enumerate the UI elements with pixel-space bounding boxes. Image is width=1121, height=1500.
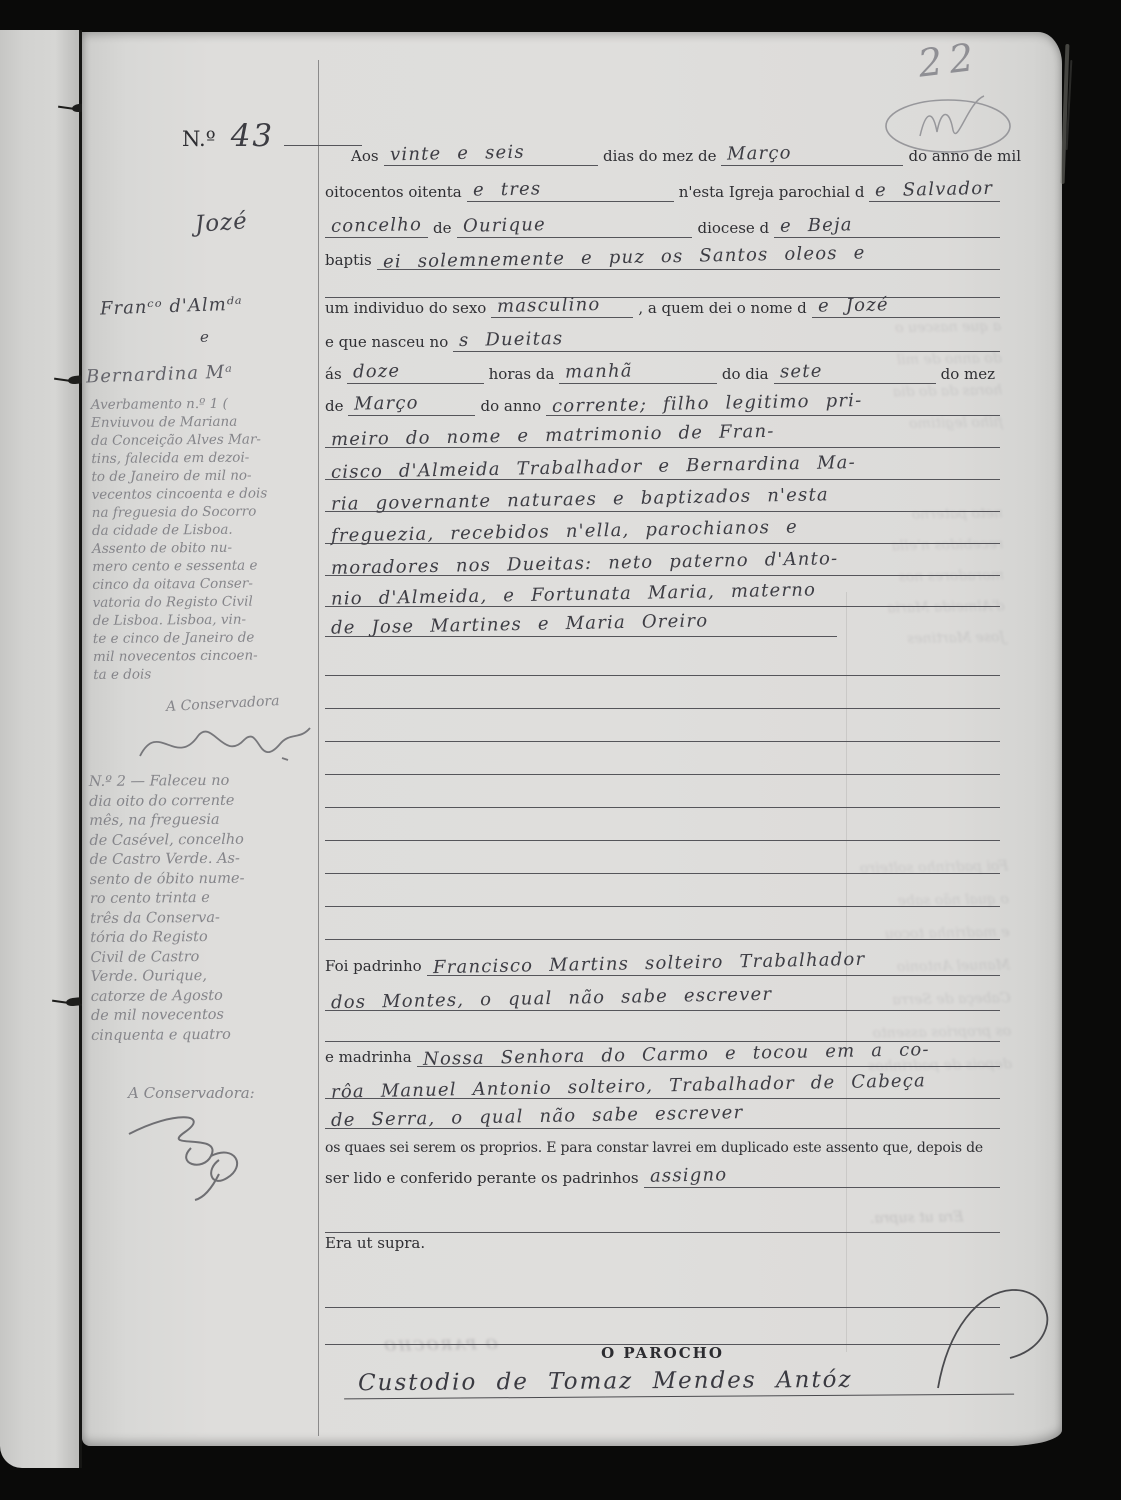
marginal-annotation-2: N.º 2 — Faleceu no dia oito do corrente … [89, 771, 323, 1046]
body-line [325, 919, 1000, 940]
body-line: um individuo do sexomasculino, a quem de… [325, 295, 1000, 318]
marginal-annotation-1: Averbamento n.º 1 ( Enviuvou de Mariana … [91, 394, 320, 684]
body-line: e madrinhaNossa Senhora do Carmo e tocou… [325, 1044, 1000, 1067]
document-page: 22 N.º 43 Jozé Franᶜᵒ d'Almᵈᵃ e Bernardi… [82, 32, 1062, 1446]
body-line: ser lido e conferido perante os padrinho… [325, 1165, 1000, 1188]
body-line: baptisei solemnemente e puz os Santos ol… [325, 247, 1000, 270]
body-line [325, 820, 1000, 841]
body-line: os quaes sei serem os proprios. E para c… [325, 1136, 1000, 1157]
conservadora-label-1: A Conservadora [166, 693, 280, 715]
conservadora-signature-2 [115, 1104, 275, 1204]
body-line: freguezia, recebidos n'ella, parochianos… [325, 521, 1000, 544]
body-line [325, 886, 1000, 907]
margin-father-name: Franᶜᵒ d'Almᵈᵃ [100, 294, 243, 320]
signature-flourish [934, 1284, 1056, 1396]
body-line [325, 853, 1000, 874]
conservadora-label-2: A Conservadora: [128, 1084, 255, 1102]
body-line: ria governante naturaes e baptizados n'e… [325, 489, 1000, 512]
body-line: ásdozehoras damanhãdo diasetedo mez [325, 361, 1000, 384]
body-line: e que nasceu nos Dueitas [325, 329, 1000, 352]
record-number-label: N.º [182, 127, 216, 151]
parocho-label: O PAROCHO [325, 1344, 1000, 1362]
body-line [325, 1212, 1000, 1233]
body-line: rôa Manuel Antonio solteiro, Trabalhador… [325, 1076, 1000, 1099]
scanned-register-page: 22 N.º 43 Jozé Franᶜᵒ d'Almᵈᵃ e Bernardi… [0, 0, 1121, 1500]
body-line: moradores nos Dueitas: neto paterno d'An… [325, 553, 1000, 576]
body-line: nio d'Almeida, e Fortunata Maria, matern… [325, 584, 1000, 607]
margin-child-name: Jozé [194, 208, 248, 238]
margin-rule [318, 60, 319, 1436]
body-line [325, 721, 1000, 742]
previous-page-edge [0, 30, 82, 1468]
priest-signature: Custodio de Tomaz Mendes Antóz [344, 1360, 1014, 1400]
body-line: Era ut supra. [325, 1232, 1000, 1253]
body-line: Aosvinte e seisdias do mez deMarçodo ann… [325, 143, 1026, 166]
record-number-value: 43 [221, 118, 284, 154]
margin-mother-name: Bernardina Mᵃ [86, 361, 234, 387]
page-number: 22 [916, 34, 983, 85]
body-line: de Serra, o qual não sabe escrever [325, 1106, 1000, 1129]
body-line [325, 1287, 1000, 1308]
conservadora-signature-1 [132, 714, 317, 776]
body-line: de Jose Martines e Maria Oreiro [325, 614, 1000, 637]
body-line: oitocentos oitentae tresn'esta Igreja pa… [325, 179, 1000, 202]
body-line: cisco d'Almeida Trabalhador e Bernardina… [325, 457, 1000, 480]
body-line: meiro do nome e matrimonio de Fran- [325, 425, 1000, 448]
body-line [325, 655, 1000, 676]
body-line: dos Montes, o qual não sabe escrever [325, 988, 1000, 1011]
margin-connector: e [200, 328, 210, 346]
body-line: concelhodeOuriquediocese de Beja [325, 215, 1000, 238]
body-line [325, 688, 1000, 709]
body-line [325, 1324, 1000, 1345]
body-line [325, 787, 1000, 808]
body-line: deMarçodo annocorrente; filho legitimo p… [325, 393, 1000, 416]
body-line: Foi padrinhoFrancisco Martins solteiro T… [325, 953, 1000, 976]
body-line [325, 754, 1000, 775]
